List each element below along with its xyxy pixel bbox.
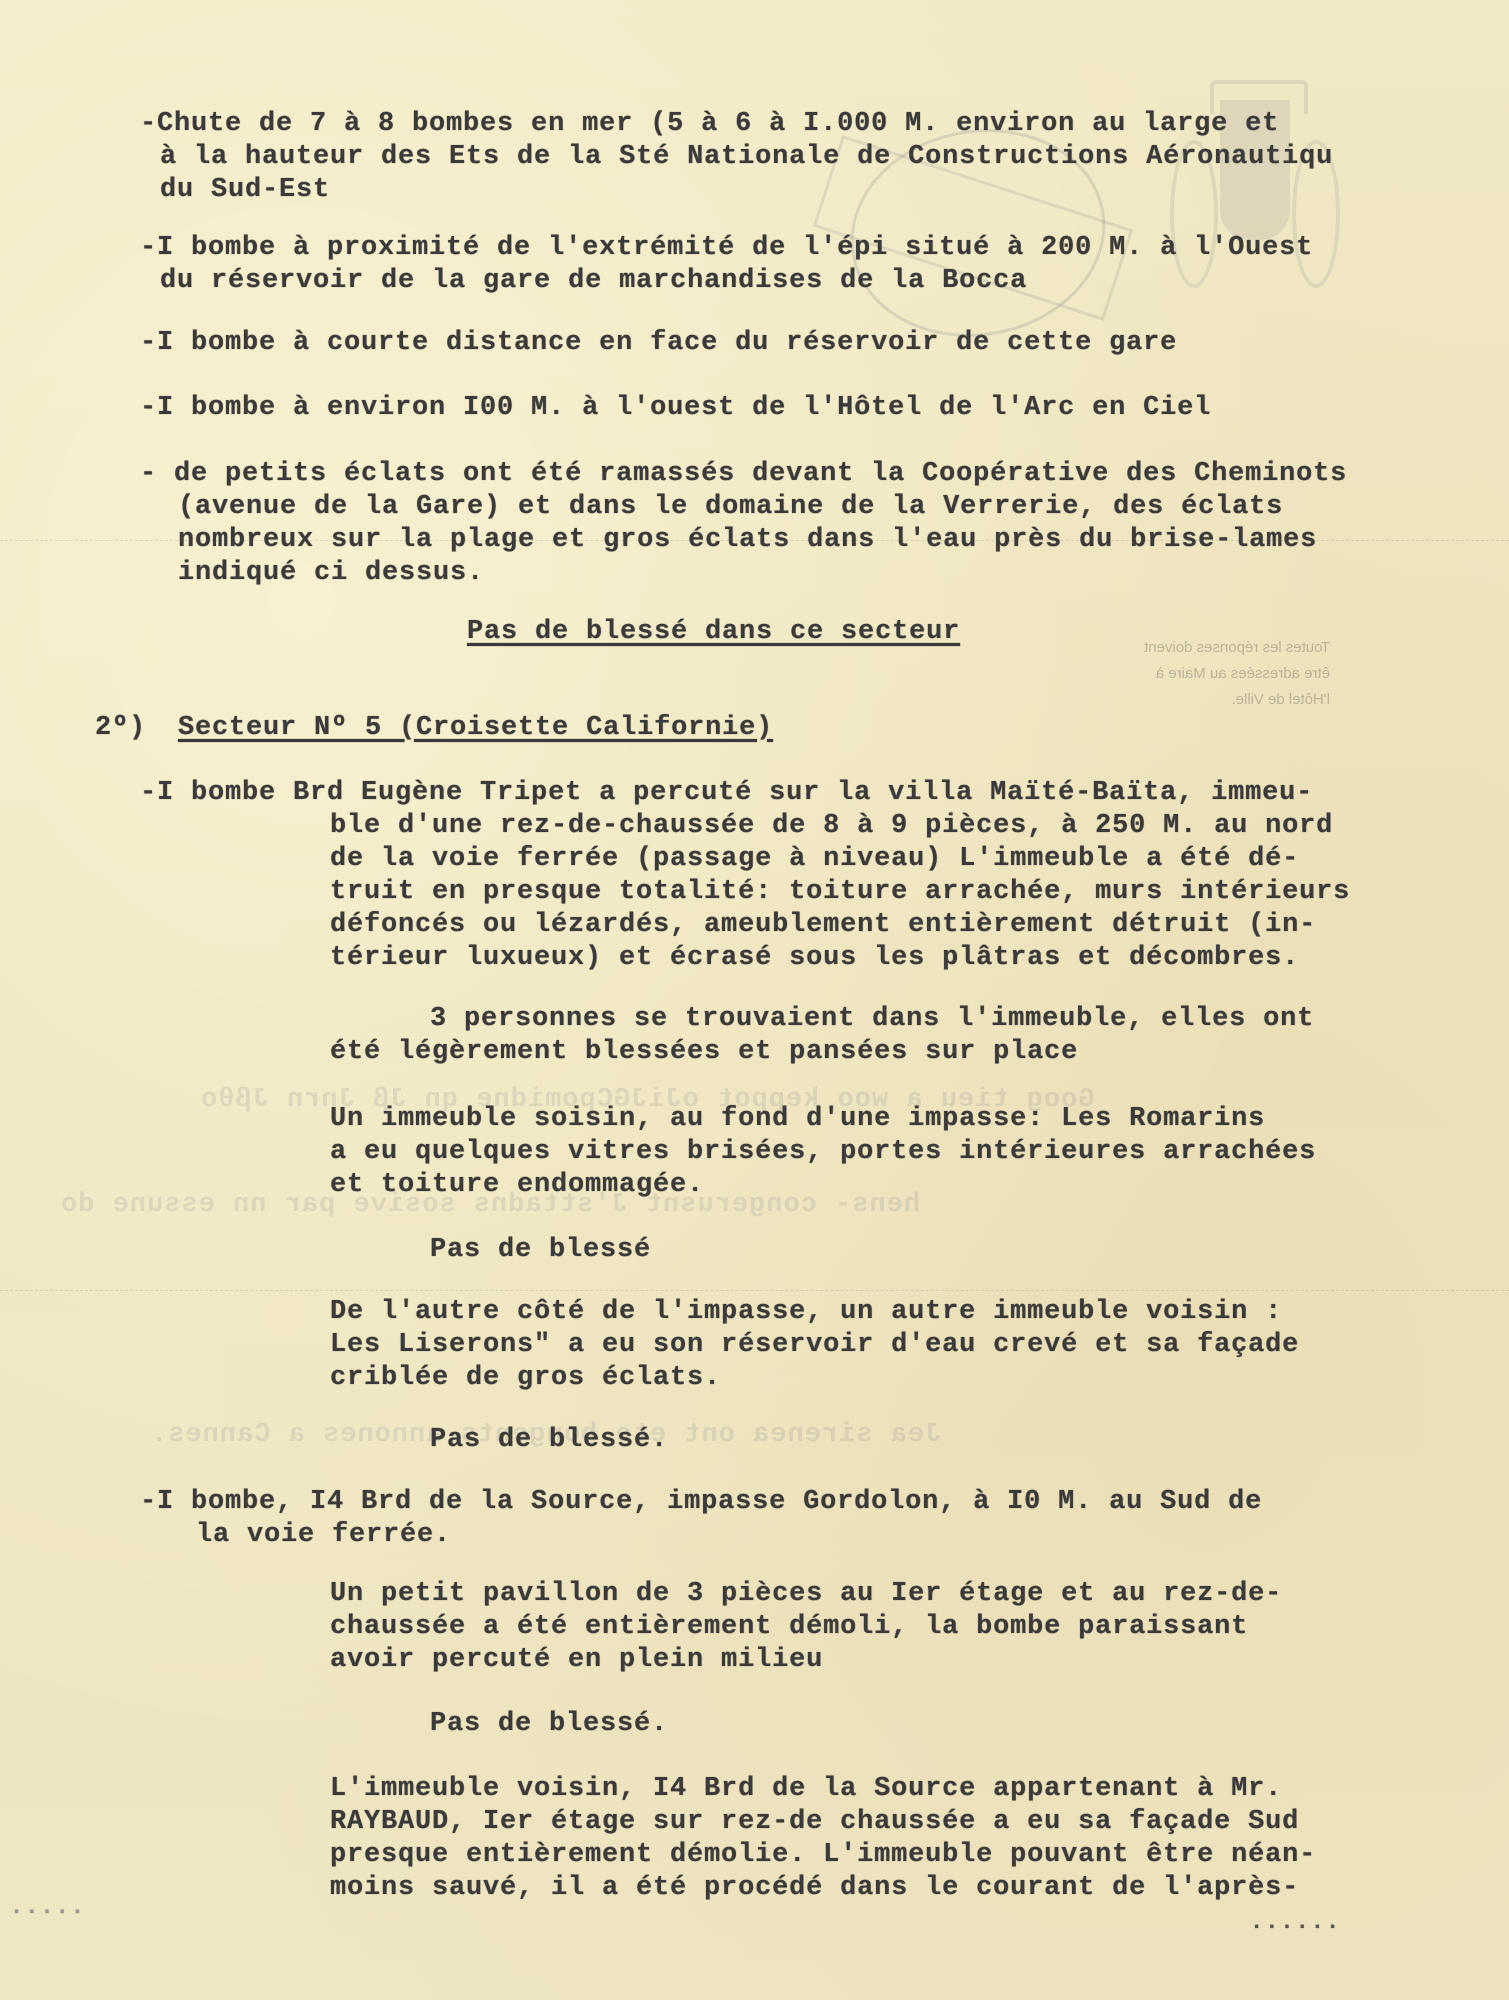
left-margin-marker: ..... <box>10 1895 86 1920</box>
item-bombs-at-sea-cont: du Sud-Est <box>160 174 330 207</box>
section-number: 2º) <box>95 712 146 745</box>
item-bombs-at-sea: -Chute de 7 à 8 bombes en mer (5 à 6 à I… <box>140 108 1279 141</box>
pavilion-text-cont: chaussée a été entièrement démoli, la bo… <box>330 1611 1248 1644</box>
raybaud-building-cont: moins sauvé, il a été procédé dans le co… <box>330 1872 1299 1905</box>
bomb-tripet: -I bombe Brd Eugène Tripet a percuté sur… <box>140 777 1313 810</box>
neighbor-romarins: Un immeuble soisin, au fond d'une impass… <box>330 1103 1265 1136</box>
status-no-injury: Pas de blessé <box>430 1234 651 1267</box>
raybaud-building-cont: RAYBAUD, Ier étage sur rez-de chaussée a… <box>330 1806 1299 1839</box>
item-shrapnel-cont: indiqué ci dessus. <box>178 557 484 590</box>
raybaud-building-cont: presque entièrement démolie. L'immeuble … <box>330 1839 1316 1872</box>
bomb-tripet-cont: défoncés ou lézardés, ameublement entièr… <box>330 909 1316 942</box>
casualties-text-cont: été légèrement blessées et pansées sur p… <box>330 1036 1078 1069</box>
bomb-tripet-cont: truit en presque totalité: toiture arrac… <box>330 876 1350 909</box>
item-bomb-hotel: -I bombe à environ I00 M. à l'ouest de l… <box>140 392 1211 425</box>
item-bomb-epi: -I bombe à proximité de l'extrémité de l… <box>140 232 1313 265</box>
item-shrapnel-cont: (avenue de la Gare) et dans le domaine d… <box>178 491 1283 524</box>
bomb-tripet-cont: ble d'une rez-de-chaussée de 8 à 9 pièce… <box>330 810 1333 843</box>
document-body: -Chute de 7 à 8 bombes en mer (5 à 6 à I… <box>0 0 1509 2000</box>
section-heading: Secteur Nº 5 (Croisette Californie) <box>178 712 773 745</box>
item-shrapnel-cont: nombreux sur la plage et gros éclats dan… <box>178 524 1317 557</box>
neighbor-liserons: De l'autre côté de l'impasse, un autre i… <box>330 1296 1282 1329</box>
neighbor-liserons-cont: criblée de gros éclats. <box>330 1362 721 1395</box>
item-bomb-epi-cont: du réservoir de la gare de marchandises … <box>160 265 1027 298</box>
raybaud-building: L'immeuble voisin, I4 Brd de la Source a… <box>330 1773 1282 1806</box>
item-shrapnel: - de petits éclats ont été ramassés deva… <box>140 458 1347 491</box>
bomb-tripet-cont: de la voie ferrée (passage à niveau) L'i… <box>330 843 1299 876</box>
status-no-injury: Pas de blessé. <box>430 1424 668 1457</box>
item-bomb-reservoir: -I bombe à courte distance en face du ré… <box>140 327 1177 360</box>
neighbor-romarins-cont: a eu quelques vitres brisées, portes int… <box>330 1136 1316 1169</box>
continuation-marker: ...... <box>1250 1910 1341 1935</box>
sector-conclusion: Pas de blessé dans ce secteur <box>467 616 960 649</box>
neighbor-romarins-cont: et toiture endommagée. <box>330 1169 704 1202</box>
casualties-text: 3 personnes se trouvaient dans l'immeubl… <box>430 1003 1314 1036</box>
bomb-source-cont: la voie ferrée. <box>196 1519 451 1552</box>
bomb-source: -I bombe, I4 Brd de la Source, impasse G… <box>140 1486 1262 1519</box>
neighbor-liserons-cont: Les Liserons" a eu son réservoir d'eau c… <box>330 1329 1299 1362</box>
status-no-injury: Pas de blessé. <box>430 1708 668 1741</box>
pavilion-text: Un petit pavillon de 3 pièces au Ier éta… <box>330 1578 1282 1611</box>
pavilion-text-cont: avoir percuté en plein milieu <box>330 1644 823 1677</box>
bomb-tripet-cont: térieur luxueux) et écrasé sous les plât… <box>330 942 1299 975</box>
item-bombs-at-sea-cont: à la hauteur des Ets de la Sté Nationale… <box>160 141 1333 174</box>
